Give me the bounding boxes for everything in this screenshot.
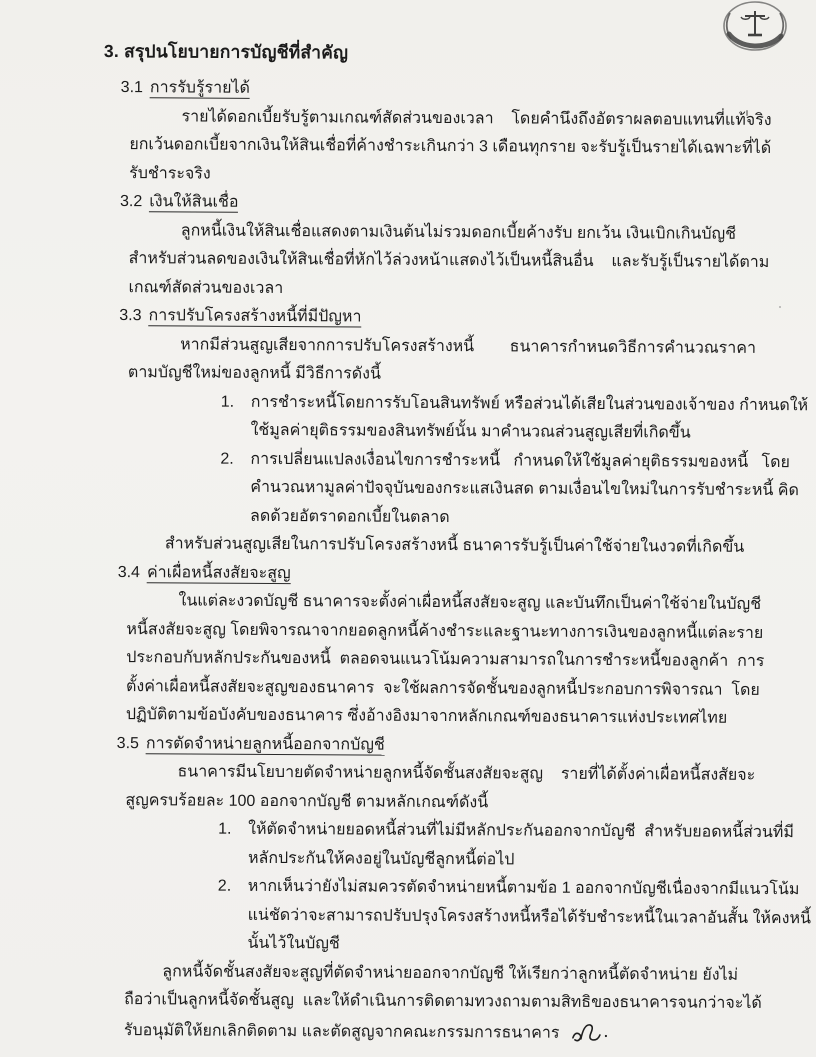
scanned-document-page: 3. สรุปนโยบายการบัญชีที่สำคัญ 3.1การรับร… — [0, 0, 816, 1057]
section-3-5-heading: 3.5การตัดจำหน่ายลูกหนี้ออกจากบัญชี — [117, 730, 746, 762]
section-number: 3.2 — [120, 188, 142, 217]
section-title: การตัดจำหน่ายลูกหนี้ออกจากบัญชี — [146, 735, 385, 755]
document-content: 3. สรุปนโยบายการบัญชีที่สำคัญ 3.1การรับร… — [124, 38, 750, 1049]
handwritten-signature-squiggle — [569, 1017, 609, 1045]
text-line: เกณฑ์สัดส่วนของเวลา — [128, 274, 748, 306]
text-line: ลูกหนี้เงินให้สินเชื่อแสดงตามเงินต้นไม่ร… — [129, 217, 749, 249]
text-line: หากเห็นว่ายังไม่สมควรตัดจำหน่ายหนี้ตามข้… — [248, 873, 745, 905]
text-line: ประกอบกับหลักประกันของหนี้ ตลอดจนแนวโน้ม… — [126, 644, 746, 676]
list-item-number: 1. — [218, 816, 248, 873]
list-item: 2. หากเห็นว่ายังไม่สมควรตัดจำหน่ายหนี้ตา… — [217, 873, 745, 962]
text-line: หลักประกันให้คงอยู่ในบัญชีลูกหนี้ต่อไป — [248, 844, 745, 876]
section-3-3: 3.3การปรับโครงสร้างหนี้ที่มีปัญหา หากมีส… — [127, 302, 749, 562]
text-line: การชำระหนี้โดยการรับโอนสินทรัพย์ หรือส่ว… — [251, 388, 748, 420]
section-3-4: 3.4ค่าเผื่อหนี้สงสัยจะสูญ ในแต่ละงวดบัญช… — [126, 559, 747, 734]
section-number: 3.4 — [118, 559, 140, 588]
text-line: ในแต่ละงวดบัญชี ธนาคารจะตั้งค่าเผื่อหนี้… — [126, 587, 746, 619]
text-line: การเปลี่ยนแปลงเงื่อนไขการชำระหนี้ กำหนดใ… — [250, 445, 747, 477]
text-line: สำหรับส่วนสูญเสียในการปรับโครงสร้างหนี้ … — [127, 530, 747, 562]
section-title: การรับรู้รายได้ — [150, 79, 250, 99]
text-line: ตามบัญชีใหม่ของลูกหนี้ มีวิธีการดังนี้ — [128, 359, 748, 391]
text-line: ยกเว้นดอกเบี้ยจากเงินให้สินเชื่อที่ค้างช… — [129, 131, 749, 163]
text-line: รายได้ดอกเบี้ยรับรู้ตามเกณฑ์สัดส่วนของเว… — [129, 103, 749, 135]
list-item: 1. ให้ตัดจำหน่ายยอดหนี้ส่วนที่ไม่มีหลักป… — [218, 816, 745, 876]
text-line: หากมีส่วนสูญเสียจากการปรับโครงสร้างหนี้ … — [128, 331, 748, 363]
text-line: ตั้งค่าเผื่อหนี้สงสัยจะสูญของธนาคาร จะใช… — [126, 673, 746, 705]
section-3-5: 3.5การตัดจำหน่ายลูกหนี้ออกจากบัญชี ธนาคา… — [124, 730, 746, 1049]
list-item-number: 2. — [217, 873, 248, 959]
closing-line-with-mark: รับอนุมัติให้ยกเลิกติดตาม และตัดสูญจากคณ… — [124, 1015, 744, 1049]
text-line: ให้ตัดจำหน่ายยอดหนี้ส่วนที่ไม่มีหลักประก… — [248, 816, 745, 848]
section-3-1-heading: 3.1การรับรู้รายได้ — [121, 74, 750, 106]
list-item-body: ให้ตัดจำหน่ายยอดหนี้ส่วนที่ไม่มีหลักประก… — [248, 816, 745, 876]
list-item-number: 2. — [220, 445, 251, 531]
text-line: สูญครบร้อยละ 100 ออกจากบัญชี ตามหลักเกณฑ… — [125, 787, 745, 819]
section-number: 3.1 — [121, 74, 143, 103]
section-3-2: 3.2เงินให้สินเชื่อ ลูกหนี้เงินให้สินเชื่… — [128, 188, 749, 306]
text-line: รับชำระจริง — [129, 160, 749, 192]
section-number: 3.5 — [117, 730, 139, 759]
text-line: ใช้มูลค่ายุติธรรมของสินทรัพย์นั้น มาคำนว… — [251, 417, 748, 449]
section-3-3-heading: 3.3การปรับโครงสร้างหนี้ที่มีปัญหา — [119, 302, 748, 334]
text-line: ลูกหนี้จัดชั้นสงสัยจะสูญที่ตัดจำหน่ายออก… — [124, 958, 744, 990]
text-line: นั้นไว้ในบัญชี — [247, 930, 744, 962]
list-item: 2. การเปลี่ยนแปลงเงื่อนไขการชำระหนี้ กำห… — [220, 445, 748, 534]
text-line: หนี้สงสัยจะสูญ โดยพิจารณาจากยอดลูกหนี้ค้… — [126, 616, 746, 648]
text-line: ปฏิบัติตามข้อบังคับของธนาคาร ซึ่งอ้างอิง… — [126, 701, 746, 733]
section-3-2-heading: 3.2เงินให้สินเชื่อ — [120, 188, 749, 220]
section-3-4-heading: 3.4ค่าเผื่อหนี้สงสัยจะสูญ — [118, 559, 747, 591]
main-heading: 3. สรุปนโยบายการบัญชีที่สำคัญ — [104, 38, 750, 68]
list-item-body: หากเห็นว่ายังไม่สมควรตัดจำหน่ายหนี้ตามข้… — [247, 873, 745, 962]
text-line: รับอนุมัติให้ยกเลิกติดตาม และตัดสูญจากคณ… — [124, 1022, 560, 1042]
section-number: 3.3 — [119, 302, 141, 331]
text-line: ถือว่าเป็นลูกหนี้จัดชั้นสูญ และให้ดำเนิน… — [124, 986, 744, 1018]
section-title: เงินให้สินเชื่อ — [149, 193, 238, 213]
text-line: คำนวณหามูลค่าปัจจุบันของกระแสเงินสด ตามเ… — [250, 474, 747, 506]
list-item: 1. การชำระหนี้โดยการรับโอนสินทรัพย์ หรือ… — [221, 388, 748, 448]
text-line: ลดด้วยอัตราดอกเบี้ยในตลาด — [250, 502, 747, 534]
list-item-body: การเปลี่ยนแปลงเงื่อนไขการชำระหนี้ กำหนดใ… — [250, 445, 748, 534]
text-line: ธนาคารมีนโยบายตัดจำหน่ายลูกหนี้จัดชั้นสง… — [125, 758, 745, 790]
list-item-number: 1. — [221, 388, 251, 445]
scan-speck — [779, 306, 781, 308]
section-title: การปรับโครงสร้างหนี้ที่มีปัญหา — [148, 307, 361, 327]
text-line: แน่ชัดว่าจะสามารถปรับปรุงโครงสร้างหนี้หร… — [248, 901, 745, 933]
list-item-body: การชำระหนี้โดยการรับโอนสินทรัพย์ หรือส่ว… — [251, 388, 748, 448]
section-title: ค่าเผื่อหนี้สงสัยจะสูญ — [147, 564, 291, 584]
section-3-1: 3.1การรับรู้รายได้ รายได้ดอกเบี้ยรับรู้ต… — [129, 74, 750, 192]
text-line: สำหรับส่วนลดของเงินให้สินเชื่อที่หักไว้ล… — [129, 245, 749, 277]
